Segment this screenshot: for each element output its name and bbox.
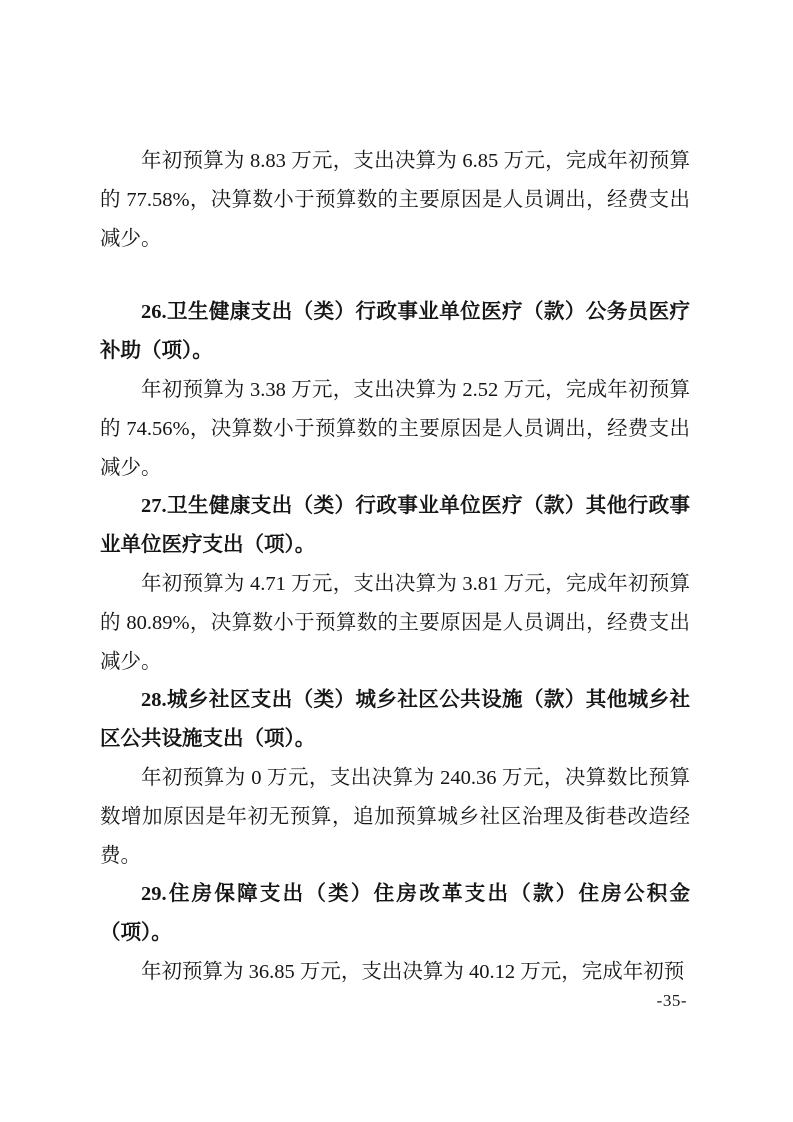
heading-item-28: 28.城乡社区支出（类）城乡社区公共设施（款）其他城乡社区公共设施支出（项）。 [100, 681, 690, 759]
paragraph-item-29-truncated: 年初预算为 36.85 万元，支出决算为 40.12 万元，完成年初预 [100, 953, 690, 992]
document-page: 年初预算为 8.83 万元，支出决算为 6.85 万元，完成年初预算的 77.5… [0, 0, 793, 1122]
heading-item-29: 29.住房保障支出（类）住房改革支出（款）住房公积金（项）。 [100, 875, 690, 953]
heading-item-26: 26.卫生健康支出（类）行政事业单位医疗（款）公务员医疗补助（项）。 [100, 293, 690, 371]
paragraph-item-25-continuation: 年初预算为 8.83 万元，支出决算为 6.85 万元，完成年初预算的 77.5… [100, 142, 690, 258]
document-content: 年初预算为 8.83 万元，支出决算为 6.85 万元，完成年初预算的 77.5… [100, 142, 690, 992]
paragraph-item-27: 年初预算为 4.71 万元，支出决算为 3.81 万元，完成年初预算的 80.8… [100, 565, 690, 681]
page-number: -35- [657, 991, 687, 1011]
heading-item-27: 27.卫生健康支出（类）行政事业单位医疗（款）其他行政事业单位医疗支出（项）。 [100, 487, 690, 565]
paragraph-item-28: 年初预算为 0 万元，支出决算为 240.36 万元，决算数比预算数增加原因是年… [100, 759, 690, 875]
paragraph-item-26: 年初预算为 3.38 万元，支出决算为 2.52 万元，完成年初预算的 74.5… [100, 371, 690, 487]
